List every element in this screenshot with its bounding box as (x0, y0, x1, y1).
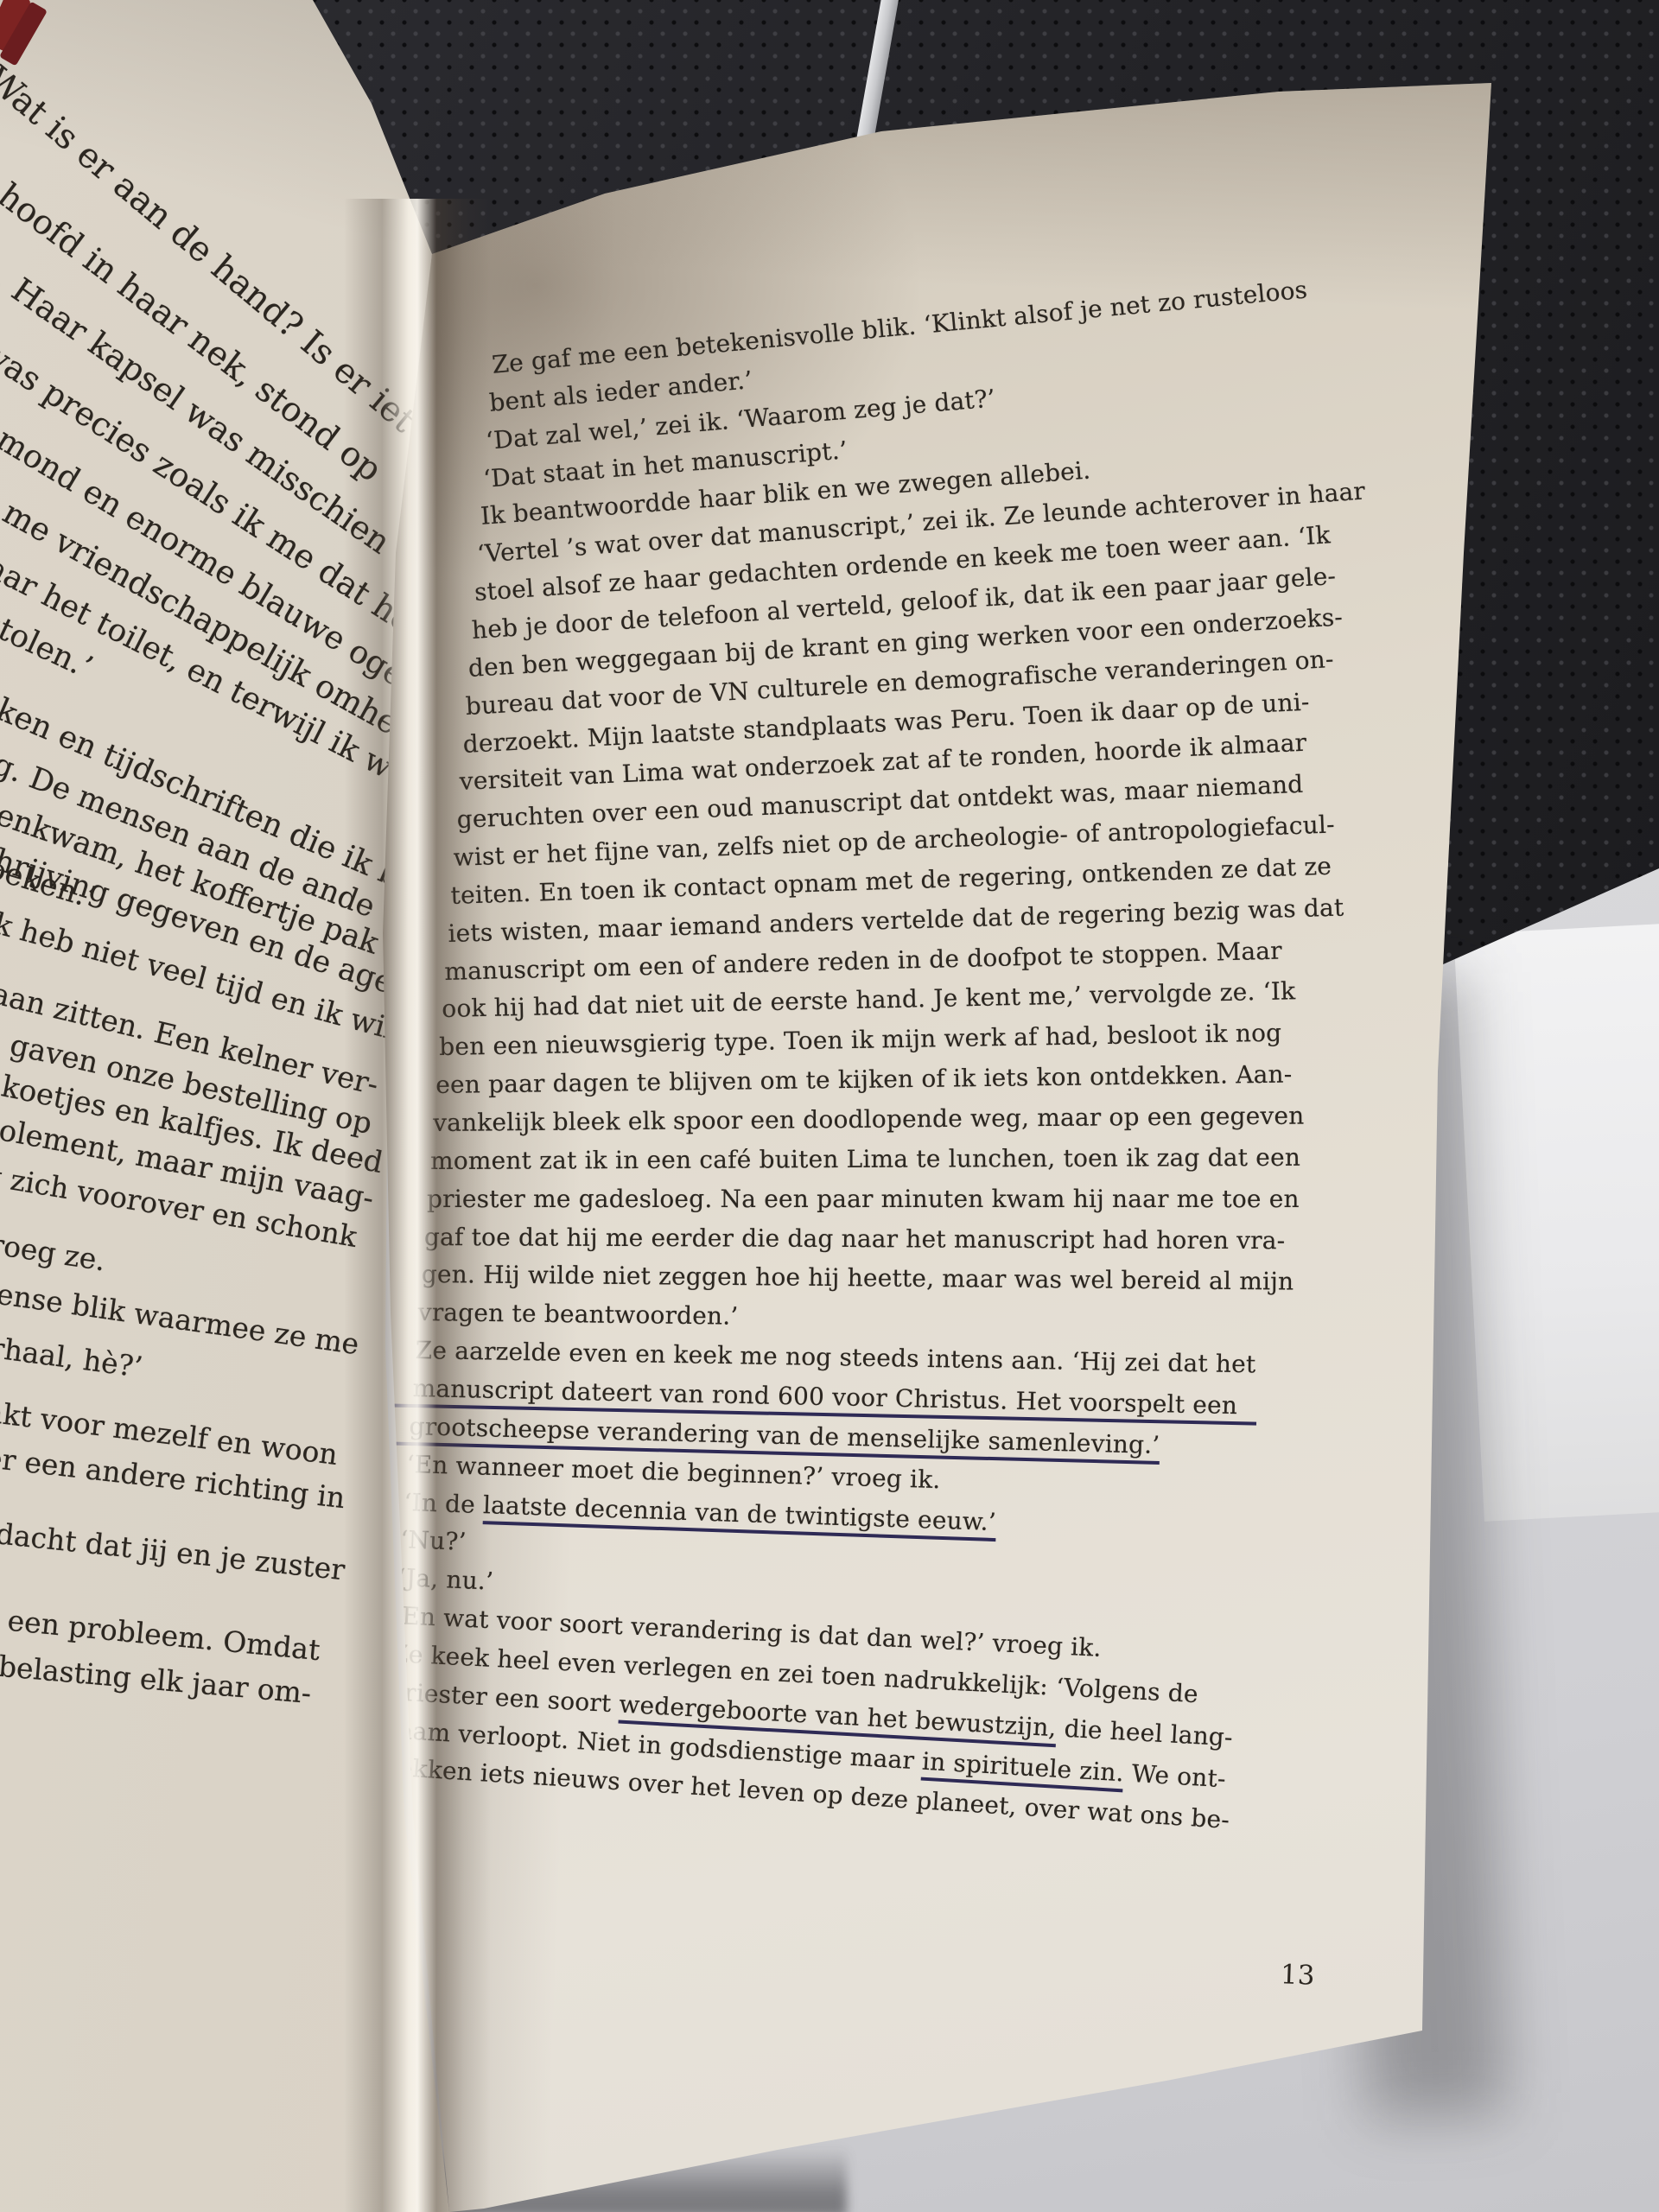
text-segment: priester me gadesloeg. Na een paar minut… (427, 1185, 1300, 1213)
left-page-fragment: . Ik heb niet veel tijd en ik wil (0, 899, 398, 1046)
right-page-line: gaf toe dat hij me eerder die dag naar h… (424, 1223, 1286, 1255)
left-page-fragment: oeken.’ (0, 851, 99, 916)
left-page-fragment: k dacht dat jij en je zuster (0, 1514, 346, 1586)
left-page-fragment: ach. Haar kapsel was misschien (0, 225, 397, 562)
photo-of-open-book: ne! Wat is er aan de hand? Is er iethet … (0, 0, 1659, 2212)
book-gutter (344, 199, 491, 2212)
left-page-fragment: het hoofd in haar nek, stond op (0, 137, 389, 490)
left-page-fragment: en gaven onze bestelling op (0, 1018, 375, 1141)
left-page-fragment: og zich voorover en schonk (0, 1155, 359, 1254)
left-page-fragment: er koetjes en kalfjes. Ik deed (0, 1061, 385, 1180)
left-page-fragment: isolement, maar mijn vaag- (0, 1109, 377, 1217)
left-page-fragment: ntense blik waarmee ze me (0, 1273, 361, 1361)
right-page-line: priester me gadesloeg. Na een paar minut… (427, 1185, 1300, 1213)
left-page-fragment: stolen.’ (0, 605, 98, 686)
left-page-fragment: roeg ze. (0, 1227, 108, 1277)
left-page-fragment: is een probleem. Omdat (0, 1600, 321, 1667)
left-page-fragment: rhaal, hè?’ (0, 1331, 144, 1384)
left-page-fragment: e belasting elk jaar om- (0, 1647, 313, 1710)
text-segment: moment zat ik in een café buiten Lima te… (430, 1143, 1300, 1175)
text-segment: We ont- (1123, 1758, 1227, 1793)
page-number: 13 (1280, 1959, 1315, 1991)
left-page-fragment: ver een andere richting in (0, 1439, 346, 1515)
paper-on-table (1453, 924, 1659, 1522)
left-page-fragment: aakt voor mezelf en woon (0, 1393, 340, 1471)
text-segment: gaf toe dat hij me eerder die dag naar h… (424, 1223, 1286, 1255)
left-page-fragment: anig. De mensen aan de ande (0, 730, 379, 925)
left-page-fragment: gaan zitten. Een kelner ver- (0, 972, 382, 1103)
right-page-line: moment zat ik in een café buiten Lima te… (430, 1143, 1300, 1175)
left-page-fragment: innenkwam, het koffertje pak (0, 782, 383, 962)
